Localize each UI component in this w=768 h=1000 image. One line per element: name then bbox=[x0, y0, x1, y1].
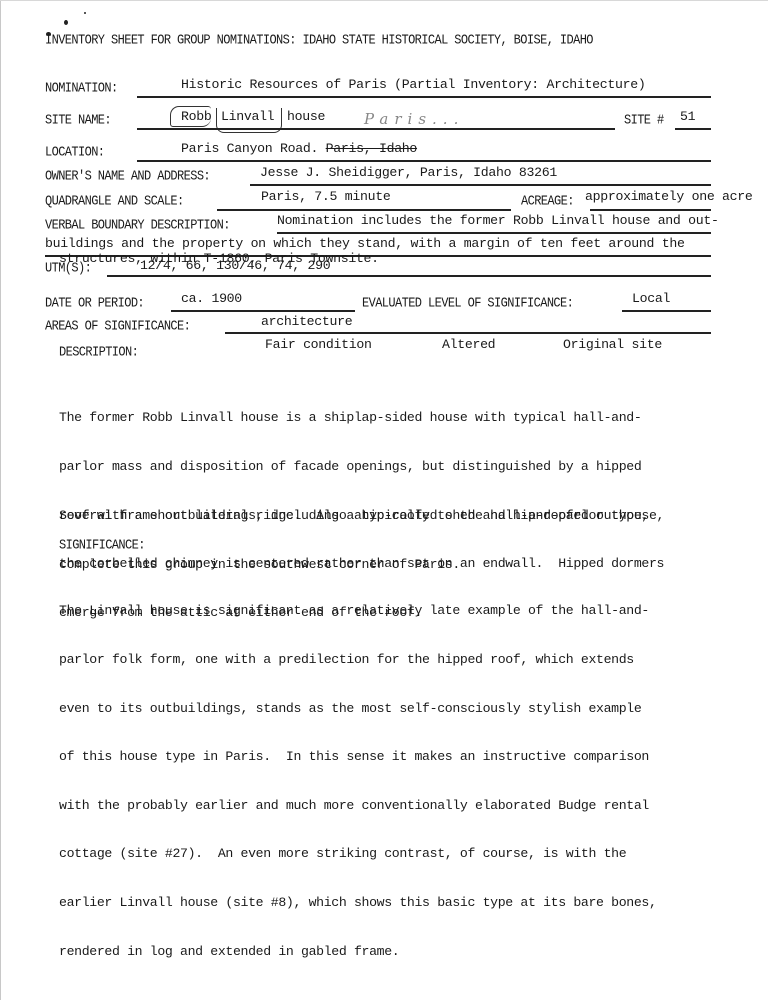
condition-value: Fair condition bbox=[265, 337, 372, 352]
utm-value: 12/4, 66, 130/46, 74, 290 bbox=[140, 258, 330, 273]
verbal-boundary-underline-1 bbox=[277, 232, 711, 234]
site-number-value: 51 bbox=[680, 109, 695, 124]
owner-label: OWNER'S NAME AND ADDRESS: bbox=[45, 168, 210, 184]
utm-underline bbox=[107, 275, 711, 277]
owner-underline bbox=[250, 184, 711, 186]
site-name-label: SITE NAME: bbox=[45, 112, 111, 128]
site-name-house: house bbox=[287, 109, 325, 124]
text-line: cottage (site #27). An even more strikin… bbox=[59, 846, 657, 862]
nomination-label: NOMINATION: bbox=[45, 80, 118, 96]
nomination-underline bbox=[137, 96, 711, 98]
quadrangle-label: QUADRANGLE AND SCALE: bbox=[45, 193, 184, 209]
text-line: of this house type in Paris. In this sen… bbox=[59, 749, 657, 765]
location-value: Paris Canyon Road. Paris, Idaho bbox=[181, 141, 417, 156]
nomination-value: Historic Resources of Paris (Partial Inv… bbox=[181, 77, 645, 92]
significance-paragraph: The Linvall house is significant as a re… bbox=[59, 571, 657, 976]
acreage-value: approximately one acre bbox=[585, 189, 753, 204]
page-edge-left bbox=[0, 0, 1, 1000]
site-name-linvall: Linvall bbox=[221, 109, 274, 124]
integrity-value: Altered bbox=[442, 337, 495, 352]
text-line: even to its outbuildings, stands as the … bbox=[59, 701, 657, 717]
owner-value: Jesse J. Sheidigger, Paris, Idaho 83261 bbox=[260, 165, 557, 180]
form-title: INVENTORY SHEET FOR GROUP NOMINATIONS: I… bbox=[45, 32, 593, 48]
handwritten-annotation: Paris... bbox=[364, 110, 464, 128]
significance-level-value: Local bbox=[632, 291, 670, 306]
text-line: rendered in log and extended in gabled f… bbox=[59, 944, 657, 960]
verbal-boundary-line1: Nomination includes the former Robb Linv… bbox=[277, 213, 719, 228]
areas-value: architecture bbox=[261, 314, 352, 329]
text-line: with the probably earlier and much more … bbox=[59, 798, 657, 814]
acreage-underline bbox=[590, 209, 711, 211]
date-value: ca. 1900 bbox=[181, 291, 242, 306]
significance-level-underline bbox=[622, 310, 711, 312]
significance-label: SIGNIFICANCE: bbox=[59, 537, 145, 553]
areas-underline bbox=[225, 332, 711, 334]
scan-speck bbox=[64, 20, 68, 25]
scan-speck bbox=[84, 12, 86, 14]
site-name-underline bbox=[137, 128, 615, 130]
site-number-underline bbox=[675, 128, 711, 130]
date-label: DATE OR PERIOD: bbox=[45, 295, 144, 311]
page-edge-top bbox=[0, 0, 768, 1]
text-line: Several frame outbuildings, including a … bbox=[59, 508, 664, 524]
text-line: The former Robb Linvall house is a shipl… bbox=[59, 410, 664, 426]
location-underline bbox=[137, 160, 711, 162]
verbal-boundary-line2: buildings and the property on which they… bbox=[45, 236, 685, 251]
acreage-label: ACREAGE: bbox=[521, 193, 574, 209]
location-label: LOCATION: bbox=[45, 144, 104, 160]
text-line: parlor mass and disposition of facade op… bbox=[59, 459, 664, 475]
date-underline bbox=[171, 310, 355, 312]
text-line: The Linvall house is significant as a re… bbox=[59, 603, 657, 619]
description-label: DESCRIPTION: bbox=[59, 344, 138, 360]
verbal-boundary-label: VERBAL BOUNDARY DESCRIPTION: bbox=[45, 217, 230, 233]
areas-label: AREAS OF SIGNIFICANCE: bbox=[45, 318, 190, 334]
text-line: parlor folk form, one with a predilectio… bbox=[59, 652, 657, 668]
significance-level-label: EVALUATED LEVEL OF SIGNIFICANCE: bbox=[362, 295, 573, 311]
text-line: earlier Linvall house (site #8), which s… bbox=[59, 895, 657, 911]
location-separator: . bbox=[310, 141, 325, 156]
utm-label: UTM(S): bbox=[45, 260, 91, 276]
quadrangle-underline bbox=[217, 209, 511, 211]
location-road: Paris Canyon Road bbox=[181, 141, 310, 156]
location-struck-text: Paris, Idaho bbox=[326, 141, 417, 156]
quadrangle-value: Paris, 7.5 minute bbox=[261, 189, 390, 204]
site-number-label: SITE # bbox=[624, 112, 664, 128]
site-name-robb: Robb bbox=[181, 109, 211, 124]
site-status-value: Original site bbox=[563, 337, 662, 352]
